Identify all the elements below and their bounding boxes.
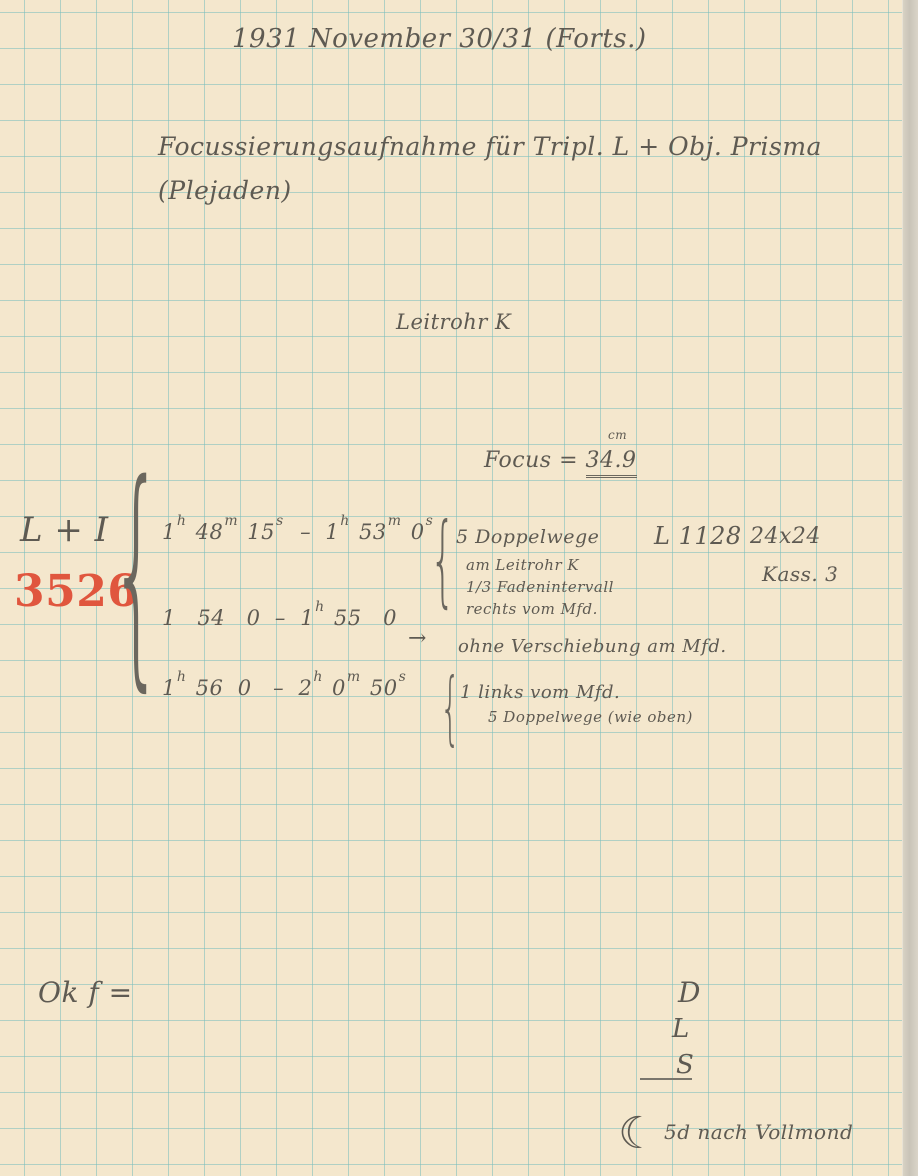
subtitle-leitrohr: Leitrohr K (396, 310, 511, 334)
exposure-row-1: 1h 48m 15s – 1h 53m 0s (162, 520, 435, 544)
focus-value: 34.9 (586, 448, 637, 478)
okf-label: Ok f = (38, 976, 133, 1009)
note-1-brace: { (430, 510, 455, 610)
note-1-line-3: 1/3 Fadenintervall (466, 578, 614, 596)
moon-icon: ☾ (618, 1108, 658, 1159)
note-1-line-1: 5 Doppelwege (456, 526, 599, 548)
moon-note: 5d nach Vollmond (664, 1120, 853, 1144)
plate-label: L + I (20, 510, 109, 550)
signature-underline (640, 1078, 692, 1080)
cassette: Kass. 3 (762, 562, 838, 586)
signature-d: D (678, 976, 701, 1009)
note-3-line-1: 1 links vom Mfd. (460, 682, 620, 703)
signature-l: L (672, 1014, 690, 1044)
date-line: 1931 November 30/31 (Forts.) (232, 24, 647, 54)
signature-s: S (676, 1050, 694, 1080)
note-1-line-2: am Leitrohr K (466, 556, 579, 574)
exposure-row-3: 1h 56 0 – 2h 0m 50s (162, 676, 408, 700)
exposure-row-2: 1 54 0 – 1h 55 0 (162, 606, 397, 630)
title-line-2: (Plejaden) (158, 176, 292, 205)
note-2-line-1: ohne Verschiebung am Mfd. (458, 636, 727, 657)
grid-paper-page: 1931 November 30/31 (Forts.) Focussierun… (0, 0, 902, 1176)
focus-label: Focus = (484, 448, 578, 473)
title-line-1: Focussierungsaufnahme für Tripl. L + Obj… (158, 132, 822, 161)
plate-size: 24x24 (750, 524, 821, 549)
arrow-icon: → (408, 626, 427, 651)
note-3-brace: { (440, 668, 460, 748)
note-3-line-2: 5 Doppelwege (wie oben) (488, 708, 693, 726)
exposure-brace: { (110, 452, 163, 692)
focus-line: Focus = 34.9 (484, 448, 637, 473)
plate-id: L 1128 (654, 522, 742, 550)
focus-unit: cm (608, 428, 627, 442)
note-1-line-4: rechts vom Mfd. (466, 600, 598, 618)
notebook-binding-edge (902, 0, 918, 1176)
